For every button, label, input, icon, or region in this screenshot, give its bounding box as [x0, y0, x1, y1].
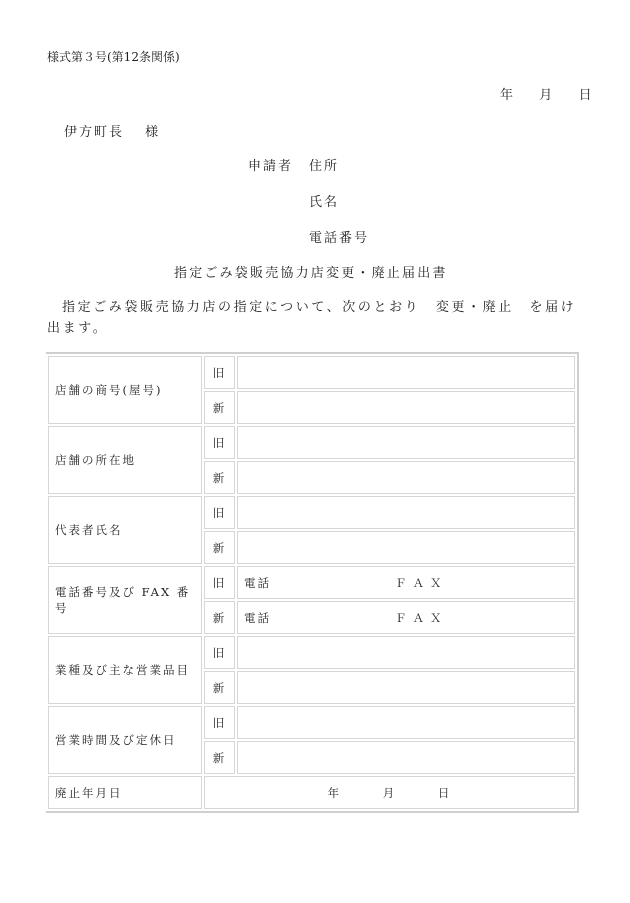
new-label: 新 [204, 741, 235, 774]
fax-label: ＦＡＸ [395, 575, 448, 591]
old-label: 旧 [204, 426, 235, 459]
addressee: 伊方町長 様 [64, 121, 160, 140]
applicant-label: 申請者 [248, 155, 293, 174]
new-label: 新 [204, 671, 235, 704]
table-row: 店舗の所在地 旧 [48, 426, 575, 459]
table-row: 電話番号及び FAX 番号 旧 電話ＦＡＸ [48, 566, 575, 599]
new-value-field[interactable] [237, 461, 575, 494]
row-label: 電話番号及び FAX 番号 [48, 566, 202, 634]
abolition-day: 日 [438, 785, 452, 801]
table-row: 代表者氏名 旧 [48, 496, 575, 529]
old-value-field[interactable] [237, 356, 575, 389]
applicant-address-label: 住所 [309, 155, 339, 174]
old-value-field[interactable] [237, 706, 575, 739]
form-number: 様式第３号(第12条関係) [47, 48, 180, 65]
row-label: 代表者氏名 [48, 496, 202, 564]
new-phone-fax-field[interactable]: 電話ＦＡＸ [237, 601, 575, 634]
change-form-table: 店舗の商号(屋号) 旧 新 店舗の所在地 旧 新 代表者氏名 旧 新 [46, 352, 579, 813]
phone-label: 電話 [244, 576, 271, 590]
new-value-field[interactable] [237, 741, 575, 774]
row-label: 店舗の商号(屋号) [48, 356, 202, 424]
phone-label: 電話 [244, 611, 271, 625]
applicant-name-label: 氏名 [309, 191, 339, 210]
old-label: 旧 [204, 356, 235, 389]
date-year: 年 [500, 84, 513, 103]
old-value-field[interactable] [237, 426, 575, 459]
new-label: 新 [204, 531, 235, 564]
old-label: 旧 [204, 496, 235, 529]
table-row: 業種及び主な営業品目 旧 [48, 636, 575, 669]
abolition-month: 月 [383, 785, 397, 801]
old-value-field[interactable] [237, 496, 575, 529]
new-label: 新 [204, 461, 235, 494]
row-label: 営業時間及び定休日 [48, 706, 202, 774]
date-day: 日 [579, 84, 592, 103]
applicant-phone-label: 電話番号 [309, 227, 369, 246]
row-label: 業種及び主な営業品目 [48, 636, 202, 704]
new-value-field[interactable] [237, 671, 575, 704]
abolition-year: 年 [328, 785, 342, 801]
old-phone-fax-field[interactable]: 電話ＦＡＸ [237, 566, 575, 599]
row-label: 店舗の所在地 [48, 426, 202, 494]
date-month: 月 [539, 84, 552, 103]
body-text: 指定ごみ袋販売協力店の指定について、次のとおり 変更・廃止 を届け出ます。 [47, 297, 579, 339]
old-label: 旧 [204, 636, 235, 669]
fax-label: ＦＡＸ [395, 610, 448, 626]
old-value-field[interactable] [237, 636, 575, 669]
table-row: 営業時間及び定休日 旧 [48, 706, 575, 739]
table-row: 店舗の商号(屋号) 旧 [48, 356, 575, 389]
new-value-field[interactable] [237, 391, 575, 424]
table-row-abolition: 廃止年月日 年 月 日 [48, 776, 575, 809]
new-label: 新 [204, 601, 235, 634]
abolition-date-label: 廃止年月日 [48, 776, 202, 809]
abolition-date-field[interactable]: 年 月 日 [204, 776, 575, 809]
document-title: 指定ごみ袋販売協力店変更・廃止届出書 [174, 262, 448, 281]
submission-date: 年 月 日 [500, 84, 592, 103]
new-value-field[interactable] [237, 531, 575, 564]
old-label: 旧 [204, 706, 235, 739]
new-label: 新 [204, 391, 235, 424]
old-label: 旧 [204, 566, 235, 599]
